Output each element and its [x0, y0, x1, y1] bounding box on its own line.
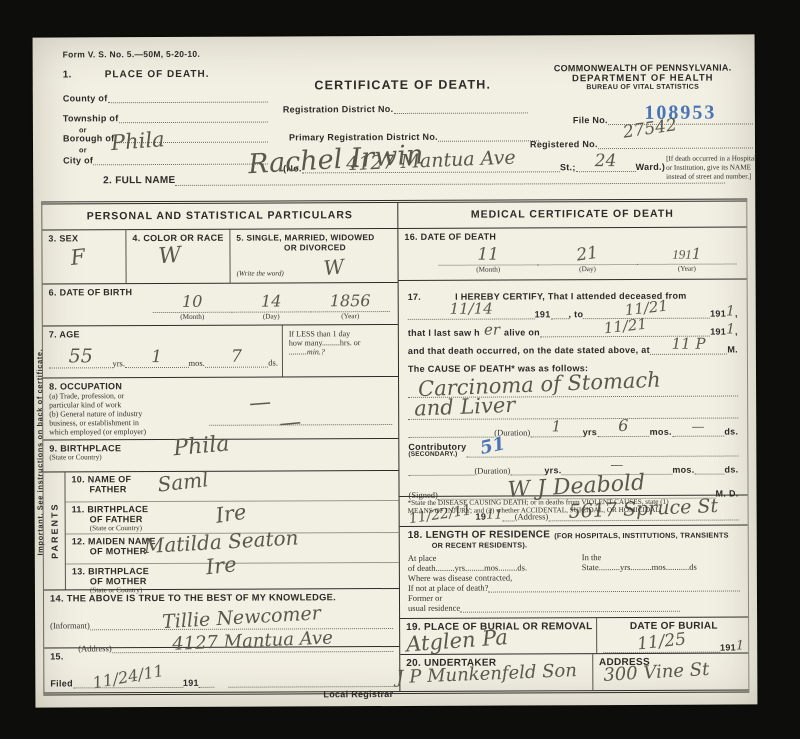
- burial-year-handwriting: 1: [736, 639, 744, 652]
- occupation-blank: [209, 409, 392, 426]
- duration1-yrs-blank: 1: [530, 418, 583, 437]
- mother-bp-label1: 13. BIRTHPLACE: [72, 566, 149, 576]
- burial-date-blank: 11/25: [604, 634, 720, 654]
- sex-value-handwriting: F: [70, 243, 123, 269]
- cause-line2-blank: and Liver: [408, 396, 738, 420]
- dod-day-label: (Day): [538, 265, 637, 273]
- registration-district-label: Registration District No.: [283, 104, 394, 114]
- county-blank: [108, 102, 268, 104]
- row-sex-race-marital: 3. SEX F 4. COLOR OR RACE W 5. SINGLE, M…: [42, 229, 397, 285]
- row-father-name: 10. NAME OF FATHER Saml: [65, 471, 398, 502]
- place-of-death-label: PLACE OF DEATH.: [105, 69, 210, 80]
- footnote-line2: MEANS OF INJURY; and (2) whether ACCIDEN…: [408, 505, 740, 514]
- or-label-2: or: [79, 145, 87, 154]
- duration1-lead-dots: [408, 422, 494, 438]
- borough-label: Borough of: [63, 133, 115, 143]
- contributory-stamp-handwriting: 51: [479, 435, 507, 458]
- duration2-mos-label: mos.: [672, 465, 694, 475]
- dod-month-label: (Month): [439, 265, 538, 273]
- field-undertaker-address: ADDRESS 300 Vine St: [593, 653, 748, 690]
- field-race: 4. COLOR OR RACE W: [126, 230, 230, 283]
- agency-block: COMMONWEALTH OF PENNSYLVANIA. DEPARTMENT…: [530, 62, 756, 91]
- duration2-yrs-blank: [510, 459, 544, 475]
- m-label: M.: [727, 345, 738, 355]
- field-sex: 3. SEX F: [42, 230, 126, 283]
- duration1-mos-label: mos.: [650, 427, 672, 437]
- age-yrs-blank: 55: [49, 347, 113, 368]
- township-label: Township of: [63, 113, 119, 123]
- duration2-yrs-label: yrs.: [544, 465, 561, 475]
- medical-column: MEDICAL CERTIFICATE OF DEATH 16. DATE OF…: [398, 201, 748, 691]
- age-mos-handwriting: 1: [151, 349, 162, 366]
- age-mos-blank: 1: [125, 349, 189, 368]
- age-yrs-handwriting: 55: [69, 347, 93, 366]
- filed-year-blank: [199, 672, 215, 688]
- duration1-mos-handwriting: 6: [618, 418, 628, 434]
- full-name-field: 2. FULL NAME: [103, 173, 725, 187]
- duration1-yrs-handwriting: 1: [552, 419, 562, 434]
- informant-label: (Informant): [50, 620, 90, 630]
- age-mos-label: mos.: [188, 358, 204, 368]
- duration2-lead-dots: [408, 460, 474, 476]
- dod-day-handwriting: 21: [576, 245, 600, 265]
- dod-month-handwriting: 11: [477, 247, 499, 264]
- undertaker-address-handwriting: 300 Vine St: [603, 661, 710, 685]
- registration-district-field: Registration District No.: [283, 103, 528, 114]
- attended-from-year-blank: [550, 303, 568, 319]
- duration1-ds-blank: —: [672, 418, 725, 437]
- saw-line1: that I last saw h: [408, 328, 480, 338]
- city-value-handwriting: Phila: [110, 129, 165, 154]
- city-field: City of: [63, 155, 268, 166]
- age-label: 7. AGE: [49, 329, 278, 340]
- duration1-mos-blank: 6: [597, 418, 650, 437]
- form-number: Form V. S. No. 5.—50M, 5-20-10.: [63, 49, 201, 60]
- bureau-line: BUREAU OF VITAL STATISTICS: [530, 83, 756, 91]
- age-less-box: If LESS than 1 day how many.........hrs.…: [282, 325, 398, 377]
- row-age: 7. AGE 55 yrs. 1 mos. 7 ds. If LESS than…: [43, 325, 398, 379]
- ward-label: Ward.): [636, 162, 666, 172]
- death-hour-handwriting: 11 P: [672, 337, 706, 352]
- secondary-label: (SECONDARY.): [408, 451, 466, 458]
- item1-number: 1.: [63, 69, 72, 80]
- dob-year-handwriting: 1856: [330, 293, 371, 309]
- age-yrs-label: yrs.: [112, 358, 125, 368]
- field-undertaker: 20. UNDERTAKER J P Munkenfeld Son: [400, 654, 593, 691]
- dob-year-blank: 1856: [311, 293, 390, 312]
- field-burial-date: DATE OF BURIAL 11/25 191 1: [598, 617, 749, 653]
- row-informant: 14. THE ABOVE IS TRUE TO THE BEST OF MY …: [44, 589, 399, 649]
- dob-day-blank: 14: [232, 293, 311, 312]
- borough-field: Borough of: [63, 133, 268, 144]
- death-occurred-line: and that death occurred, on the date sta…: [408, 345, 650, 356]
- saw-year-handwriting: 1: [726, 323, 735, 337]
- burial-place-handwriting: Atglen Pa: [406, 627, 509, 655]
- residence-usual-blank: [460, 611, 680, 613]
- residence-label2: (FOR HOSPITALS, INSTITUTIONS, TRANSIENTS: [554, 531, 729, 541]
- marital-label: 5. SINGLE, MARRIED, WIDOWED: [236, 232, 393, 243]
- row-undertaker: 20. UNDERTAKER J P Munkenfeld Son ADDRES…: [400, 653, 748, 691]
- marital-hint: (Write the word): [237, 269, 284, 277]
- dob-month-blank: 10: [153, 294, 232, 313]
- residence-label3: OR RECENT RESIDENTS).: [432, 539, 740, 549]
- father-bp-sub: (State or Country): [90, 524, 149, 532]
- attended-to-blank: 11/21: [583, 300, 710, 320]
- certificate-title: CERTIFICATE OF DEATH.: [268, 75, 538, 94]
- commonwealth-line: COMMONWEALTH OF PENNSYLVANIA.: [530, 62, 756, 73]
- attended-to-year-label: 191: [710, 309, 726, 319]
- ward-blank: 24: [576, 153, 636, 172]
- comma-2: ,: [735, 327, 738, 337]
- county-label: County of: [63, 93, 108, 103]
- saw-suffix-handwriting: er: [484, 323, 500, 338]
- full-name-blank: [175, 183, 725, 186]
- duration1-ds-handwriting: —: [692, 421, 705, 434]
- attended-from-blank: 11/14: [408, 300, 535, 320]
- age-ds-label: ds.: [268, 358, 278, 368]
- father-name-handwriting: Saml: [157, 469, 210, 494]
- personal-header: PERSONAL AND STATISTICAL PARTICULARS: [42, 203, 397, 231]
- birthplace-value-handwriting: Phila: [172, 433, 230, 460]
- registered-no-label: Registered No.: [530, 139, 598, 149]
- father-name-label1: 10. NAME OF: [71, 474, 131, 484]
- age-less-line1: If LESS than 1 day: [289, 329, 394, 338]
- township-field: Township of: [63, 113, 268, 124]
- father-name-label2: FATHER: [89, 484, 131, 494]
- dod-day-blank: 21: [538, 246, 637, 265]
- duration1-ds-label: ds.: [724, 427, 738, 437]
- filed-date-handwriting: 11/24/11: [91, 663, 165, 692]
- field-marital: 5. SINGLE, MARRIED, WIDOWED OR DIVORCED …: [230, 229, 397, 283]
- race-value-handwriting: W: [158, 241, 226, 268]
- age-less-line2: how many.........hrs. or: [289, 338, 394, 347]
- death-hour-blank: 11 P: [650, 336, 728, 355]
- comma-1: ,: [735, 309, 738, 319]
- sex-label: 3. SEX: [48, 233, 121, 243]
- file-no-label: File No.: [573, 115, 608, 125]
- undertaker-handwriting: J P Munkenfeld Son: [396, 662, 577, 687]
- mother-bp-label2: OF MOTHER: [90, 576, 149, 586]
- saw-date-handwriting: 11/21: [603, 317, 648, 337]
- contributory-blank: 51: [466, 437, 738, 458]
- dod-year-prefix: 191: [672, 248, 692, 261]
- row-certification: 17. I HEREBY CERTIFY, That I attended de…: [399, 279, 748, 497]
- father-bp-label1: 11. BIRTHPLACE: [72, 504, 149, 514]
- filed-blank: 11/24/11: [73, 669, 183, 688]
- dob-day-handwriting: 14: [261, 293, 281, 309]
- dob-month-handwriting: 10: [182, 294, 202, 310]
- duration2-ds-blank: [694, 459, 724, 475]
- personal-column: PERSONAL AND STATISTICAL PARTICULARS 3. …: [42, 203, 400, 693]
- dod-year-blank: 1911: [637, 246, 736, 265]
- filed-year-prefix: 191: [183, 678, 199, 688]
- duration2-ds-label: ds.: [725, 465, 739, 475]
- age-less-line3: .........min.?: [289, 347, 394, 356]
- duration1-yrs-label: yrs: [583, 427, 597, 437]
- death-certificate: Important. See instructions on back of c…: [33, 34, 758, 707]
- attended-from-handwriting: 11/14: [450, 302, 493, 317]
- ward-value-handwriting: 24: [595, 153, 617, 170]
- field-burial-place: 19. PLACE OF BURIAL OR REMOVAL Atglen Pa: [400, 618, 598, 654]
- form-grid: PERSONAL AND STATISTICAL PARTICULARS 3. …: [41, 198, 749, 695]
- age-ds-handwriting: 7: [231, 349, 242, 366]
- row-residence: 18. LENGTH OF RESIDENCE (FOR HOSPITALS, …: [400, 525, 748, 619]
- residence-if-not: If not at place of death?: [408, 583, 489, 593]
- city-label: City of: [63, 155, 93, 165]
- medical-header: MEDICAL CERTIFICATE OF DEATH: [398, 201, 746, 229]
- parents-label: PARENTS: [49, 503, 59, 559]
- item15-number: 15.: [50, 650, 393, 661]
- residence-state: State..........yrs..........mos.........…: [582, 561, 740, 572]
- primary-district-blank: [438, 140, 539, 141]
- duration2-label: (Duration): [474, 465, 510, 475]
- field-age: 7. AGE 55 yrs. 1 mos. 7 ds.: [43, 325, 282, 377]
- truth-statement: 14. THE ABOVE IS TRUE TO THE BEST OF MY …: [50, 592, 393, 603]
- age-ds-blank: 7: [205, 349, 269, 368]
- dod-label: 16. DATE OF DEATH: [404, 230, 740, 241]
- duration2-mos-handwriting: —: [610, 459, 623, 472]
- dob-day-label: (Day): [232, 312, 311, 320]
- attended-to-year-handwriting: 1: [726, 305, 735, 319]
- residence-usual: usual residence: [408, 603, 460, 613]
- row-filed: 15. Filed 11/24/11 191 Local Registrar: [44, 647, 399, 693]
- filed-label: Filed: [50, 678, 73, 688]
- registrar-blank: [229, 686, 394, 688]
- county-field: County of: [63, 93, 268, 104]
- burial-year-prefix: 191: [720, 643, 736, 653]
- father-bp-label2: OF FATHER: [90, 514, 149, 524]
- parents-block: PARENTS 10. NAME OF FATHER Saml 11. BIRT…: [43, 471, 399, 591]
- parents-sidebar: PARENTS: [43, 472, 66, 589]
- cause-line2-handwriting: and Liver: [414, 395, 516, 420]
- dob-year-label: (Year): [311, 312, 390, 320]
- residence-of-death: of death.........yrs.........mos........…: [408, 562, 582, 573]
- township-blank: [119, 122, 268, 124]
- row-mother-birthplace: 13. BIRTHPLACE OF MOTHER (State or Count…: [66, 563, 399, 588]
- row-burial: 19. PLACE OF BURIAL OR REMOVAL Atglen Pa…: [400, 617, 748, 655]
- marital-label2: OR DIVORCED: [236, 242, 393, 253]
- dod-year-label: (Year): [637, 265, 736, 273]
- row-date-of-birth: 6. DATE OF BIRTH 10 14 1856 (Month) (Day…: [43, 283, 398, 327]
- dod-month-blank: 11: [438, 246, 537, 265]
- full-name-label: 2. FULL NAME: [103, 175, 175, 186]
- informant-blank: Tillie Newcomer: [90, 608, 393, 630]
- row-footnote: *State the DISEASE CAUSING DEATH; or in …: [400, 495, 748, 527]
- residence-label: 18. LENGTH OF RESIDENCE: [408, 529, 551, 541]
- city-blank: [93, 164, 268, 166]
- dod-year-handwriting: 1: [692, 247, 702, 262]
- scan-background: Important. See instructions on back of c…: [0, 0, 800, 739]
- mother-bp-handwriting: Ire: [205, 554, 238, 578]
- saw-line2: alive on: [504, 327, 540, 337]
- dob-month-label: (Month): [153, 313, 232, 321]
- row-date-of-death: 16. DATE OF DEATH 11 21 1911 (Month) (Da…: [398, 227, 746, 281]
- registered-no-blank: [598, 147, 753, 149]
- row-birthplace: 9. BIRTHPLACE (State or Country) Phila: [43, 439, 398, 473]
- marital-value-handwriting: W: [323, 256, 345, 278]
- st-label: St.;: [560, 162, 576, 172]
- father-bp-handwriting: Ire: [214, 502, 247, 527]
- registration-district-blank: [393, 112, 527, 114]
- burial-date-handwriting: 11/25: [637, 631, 688, 653]
- residence-in-the: In the: [582, 551, 740, 562]
